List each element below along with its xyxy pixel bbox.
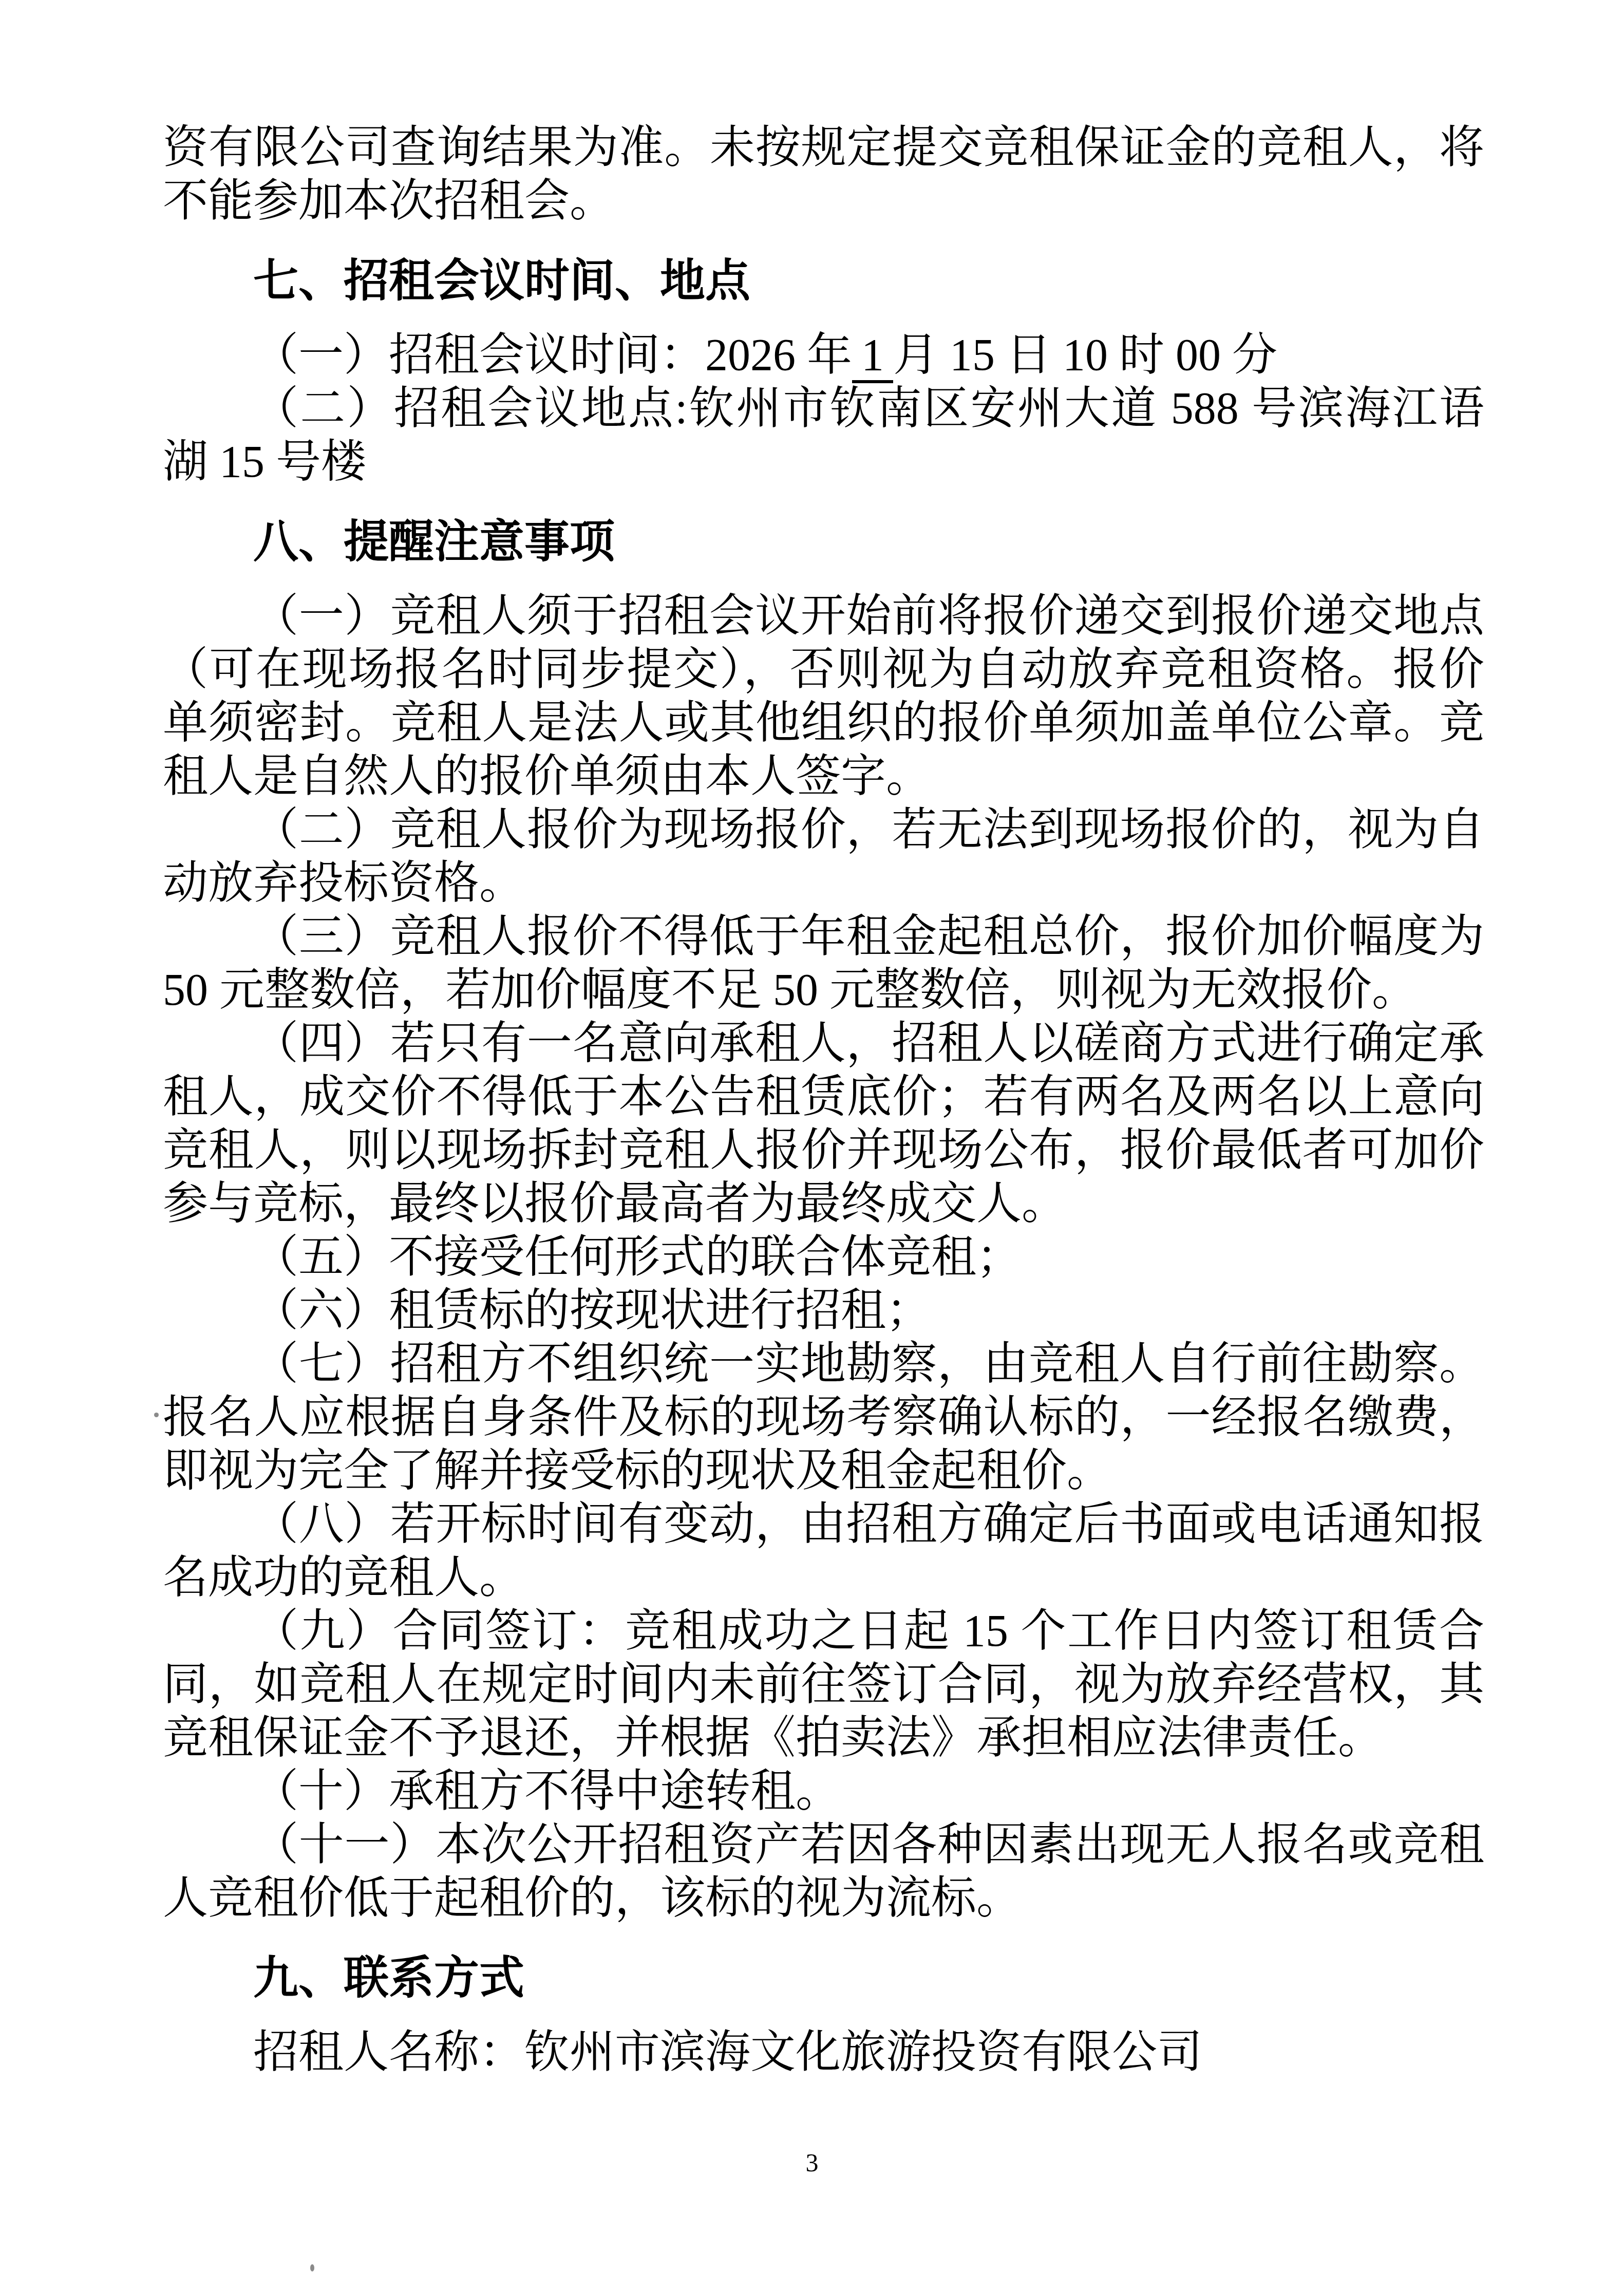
document-body: 资有限公司查询结果为准。未按规定提交竞租保证金的竞租人，将不能参加本次招租会。七… [0,0,1624,2079]
paragraph: （二）招租会议地点:钦州市钦南区安州大道 588 号滨海江语湖 15 号楼 [163,382,1484,489]
scan-artifact [154,1413,159,1417]
meeting-time-prefix: （一）招租会议时间：2026 年 [253,330,852,380]
scan-artifact [310,2264,314,2271]
paragraph: 招租人名称：钦州市滨海文化旅游投资有限公司 [163,2026,1484,2079]
paragraph: （五）不接受任何形式的联合体竞租； [163,1231,1484,1284]
paragraph: （二）竞租人报价为现场报价，若无法到现场报价的，视为自动放弃投标资格。 [163,803,1484,910]
fill-in-blank-month: 1 [852,330,893,383]
paragraph: （十一）本次公开招租资产若因各种因素出现无人报名或竞租人竞租价低于起租价的，该标… [163,1818,1484,1925]
paragraph: （八）若开标时间有变动，由招租方确定后书面或电话通知报名成功的竞租人。 [163,1498,1484,1605]
paragraph: （十）承租方不得中途转租。 [163,1765,1484,1818]
paragraph: （七）招租方不组织统一实地勘察，由竞租人自行前往勘察。报名人应根据自身条件及标的… [163,1338,1484,1498]
meeting-time-suffix: 月 15 日 10 时 00 分 [893,330,1277,380]
meeting-time-line: （一）招租会议时间：2026 年1月 15 日 10 时 00 分 [163,329,1484,382]
scanned-page: { "page": { "number": "3" }, "colors": {… [0,0,1624,2292]
section-heading: 八、提醒注意事项 [163,516,1484,569]
section-heading: 七、招租会议时间、地点 [163,255,1484,308]
paragraph: 资有限公司查询结果为准。未按规定提交竞租保证金的竞租人，将不能参加本次招租会。 [163,121,1484,228]
page-number: 3 [0,2150,1624,2175]
paragraph: （六）租赁标的按现状进行招租； [163,1284,1484,1338]
section-heading: 九、联系方式 [163,1952,1484,2005]
paragraph: （一）竞租人须于招租会议开始前将报价递交到报价递交地点（可在现场报名时同步提交）… [163,590,1484,803]
paragraph: （九）合同签订：竞租成功之日起 15 个工作日内签订租赁合同，如竞租人在规定时间… [163,1605,1484,1765]
paragraph: （三）竞租人报价不得低于年租金起租总价，报价加价幅度为 50 元整数倍，若加价幅… [163,910,1484,1017]
paragraph: （四）若只有一名意向承租人，招租人以磋商方式进行确定承租人，成交价不得低于本公告… [163,1017,1484,1231]
